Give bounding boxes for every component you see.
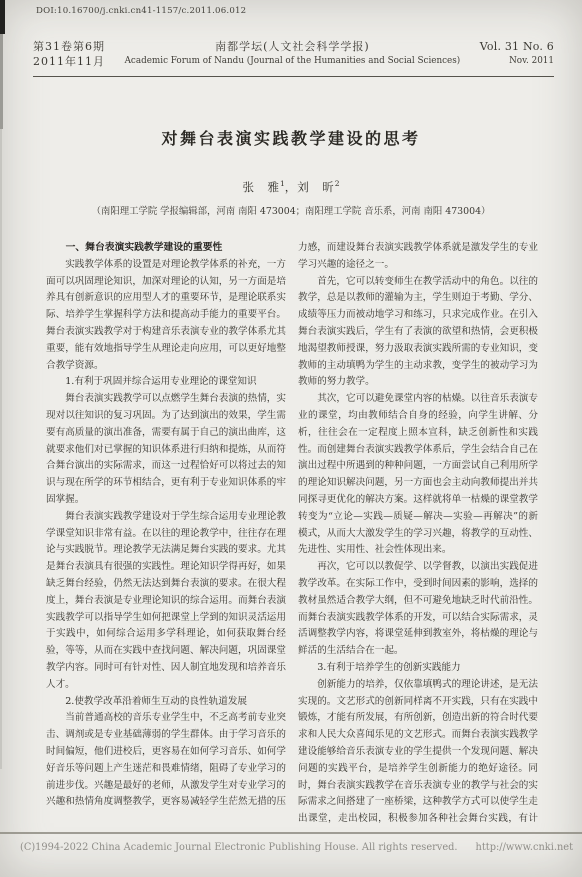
journal-issue-cn: 第31卷第6期 bbox=[33, 39, 105, 54]
scan-edge-artifact bbox=[0, 34, 3, 129]
author-name-1: 张 雅 bbox=[242, 180, 280, 194]
journal-header: 第31卷第6期 2011年11月 南都学坛(人文社会科学学报) Academic… bbox=[33, 39, 554, 77]
subsection-heading-1-2: 2.使教学改革沿着师生互动的良性轨道发展 bbox=[46, 694, 286, 711]
doi-label: DOI:10.16700/j.cnki.cn41-1157/c.2011.06.… bbox=[36, 6, 246, 16]
paragraph-7: 再次，它可以以教促学、以学督教，以演出实践促进教学改革。在实际工作中，受到时间因… bbox=[298, 559, 538, 660]
paragraph-2: 舞台表演实践教学可以点燃学生舞台表演的热情，实现对以往知识的复习巩固。为了达到演… bbox=[46, 391, 286, 509]
journal-vol-en: Vol. 31 No. 6 bbox=[480, 39, 554, 54]
scan-edge-artifact bbox=[0, 129, 2, 769]
author-name-2: 刘 昕 bbox=[297, 180, 335, 194]
author-superscript-2: 2 bbox=[335, 179, 340, 188]
paragraph-1: 实践教学体系的设置是对理论教学体系的补充，一方面可以巩固理论知识，加深对理论的认… bbox=[46, 257, 286, 375]
article-title: 对舞台表演实践教学建设的思考 bbox=[0, 126, 582, 149]
paragraph-3: 舞台表演实践教学建设对于学生综合运用专业理论教学课堂知识非常有益。在以往的理论教… bbox=[46, 509, 286, 694]
section-heading-1: 一、舞台表演实践教学建设的重要性 bbox=[46, 240, 286, 257]
paragraph-5: 首先，它可以转变师生在教学活动中的角色。以往的教学，总是以教师的灌输为主，学生则… bbox=[298, 274, 538, 392]
journal-title-en: Academic Forum of Nandu (Journal of the … bbox=[105, 54, 480, 69]
footer-url: http://www.cnki.net bbox=[476, 842, 574, 853]
affiliation: （南阳理工学院 学报编辑部，河南 南阳 473004；南阳理工学院 音乐系，河南… bbox=[0, 203, 582, 217]
subsection-heading-1-1: 1.有利于巩固并综合运用专业理论的课堂知识 bbox=[46, 374, 286, 391]
journal-title-block: 南都学坛(人文社会科学学报) Academic Forum of Nandu (… bbox=[105, 39, 480, 69]
author-separator: ， bbox=[285, 180, 298, 194]
page-footer: (C)1994-2022 China Academic Journal Elec… bbox=[20, 842, 562, 853]
journal-vol-block: Vol. 31 No. 6 Nov. 2011 bbox=[480, 39, 554, 69]
footer-divider bbox=[0, 832, 582, 834]
paragraph-6: 其次，它可以避免课堂内容的枯燥。以往音乐表演专业的课堂，均由教师结合自身的经验，… bbox=[298, 391, 538, 559]
journal-issue-block: 第31卷第6期 2011年11月 bbox=[33, 39, 105, 69]
journal-date-cn: 2011年11月 bbox=[33, 54, 105, 69]
subsection-heading-1-3: 3.有利于培养学生的创新实践能力 bbox=[298, 660, 538, 677]
journal-title-cn: 南都学坛(人文社会科学学报) bbox=[105, 39, 480, 54]
journal-page-scan: DOI:10.16700/j.cnki.cn41-1157/c.2011.06.… bbox=[0, 0, 582, 877]
article-body: 一、舞台表演实践教学建设的重要性 实践教学体系的设置是对理论教学体系的补充，一方… bbox=[46, 240, 538, 828]
scan-edge-artifact bbox=[0, 0, 5, 34]
authors-line: 张 雅1，刘 昕2 bbox=[0, 179, 582, 195]
footer-copyright: (C)1994-2022 China Academic Journal Elec… bbox=[20, 842, 458, 853]
journal-date-en: Nov. 2011 bbox=[480, 54, 554, 69]
